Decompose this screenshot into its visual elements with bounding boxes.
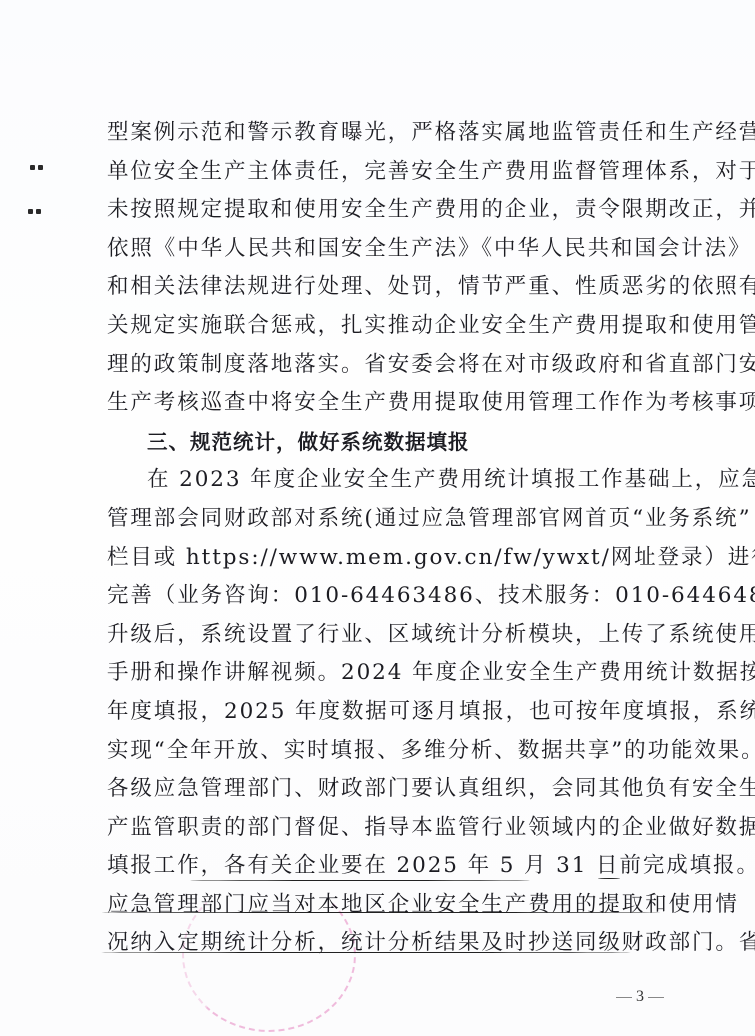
- text-line: 实现“全年开放、实时填报、多维分析、数据共享”的功能效果。: [107, 732, 652, 771]
- page-number: 3: [604, 988, 676, 1006]
- text-line: 单位安全生产主体责任，完善安全生产费用监督管理体系，对于: [107, 153, 652, 192]
- dash-right: [648, 997, 664, 998]
- text-line: 年度填报，2025 年度数据可逐月填报，也可按年度填报，系统: [107, 693, 652, 732]
- document-body: 型案例示范和警示教育曝光，严格落实属地监管责任和生产经营 单位安全生产主体责任，…: [107, 114, 652, 963]
- handwritten-underline: [100, 952, 632, 953]
- text-line: 完善（业务咨询：010-64463486、技术服务：010-64464835），: [107, 577, 652, 616]
- text-line: 管理部会同财政部对系统(通过应急管理部官网首页“业务系统”: [107, 500, 652, 539]
- dash-left: [616, 997, 632, 998]
- binding-hole-mark: [28, 207, 46, 217]
- text-line: 栏目或 https://www.mem.gov.cn/fw/ywxt/网址登录）…: [107, 539, 652, 578]
- document-page: 型案例示范和警示教育曝光，严格落实属地监管责任和生产经营 单位安全生产主体责任，…: [0, 0, 755, 1036]
- text-line: 升级后，系统设置了行业、区域统计分析模块，上传了系统使用: [107, 616, 652, 655]
- section-heading: 三、规范统计，做好系统数据填报: [107, 423, 652, 462]
- text-line: 和相关法律法规进行处理、处罚，情节严重、性质恶劣的依照有: [107, 268, 652, 307]
- text-line: 在 2023 年度企业安全生产费用统计填报工作基础上，应急: [107, 461, 652, 500]
- text-line: 型案例示范和警示教育曝光，严格落实属地监管责任和生产经营: [107, 114, 652, 153]
- text-line: 手册和操作讲解视频。2024 年度企业安全生产费用统计数据按: [107, 654, 652, 693]
- text-line: 产监管职责的部门督促、指导本监管行业领域内的企业做好数据: [107, 809, 652, 848]
- page-number-value: 3: [636, 988, 644, 1005]
- text-line: 关规定实施联合惩戒，扎实推动企业安全生产费用提取和使用管: [107, 307, 652, 346]
- binding-hole-mark: [30, 163, 48, 173]
- handwritten-underline: [100, 912, 662, 913]
- text-line: 应急管理部门应当对本地区企业安全生产费用的提取和使用情: [107, 886, 652, 925]
- handwritten-underline: [190, 880, 530, 881]
- text-line: 况纳入定期统计分析，统计分析结果及时抄送同级财政部门。省: [107, 924, 652, 963]
- text-line: 理的政策制度落地落实。省安委会将在对市级政府和省直部门安全: [107, 346, 652, 385]
- text-line: 各级应急管理部门、财政部门要认真组织，会同其他负有安全生: [107, 770, 652, 809]
- text-line: 依照《中华人民共和国安全生产法》《中华人民共和国会计法》: [107, 230, 652, 269]
- handwritten-underline: [598, 878, 620, 879]
- text-line: 未按照规定提取和使用安全生产费用的企业，责令限期改正，并: [107, 191, 652, 230]
- text-line: 生产考核巡查中将安全生产费用提取使用管理工作作为考核事项。: [107, 384, 652, 423]
